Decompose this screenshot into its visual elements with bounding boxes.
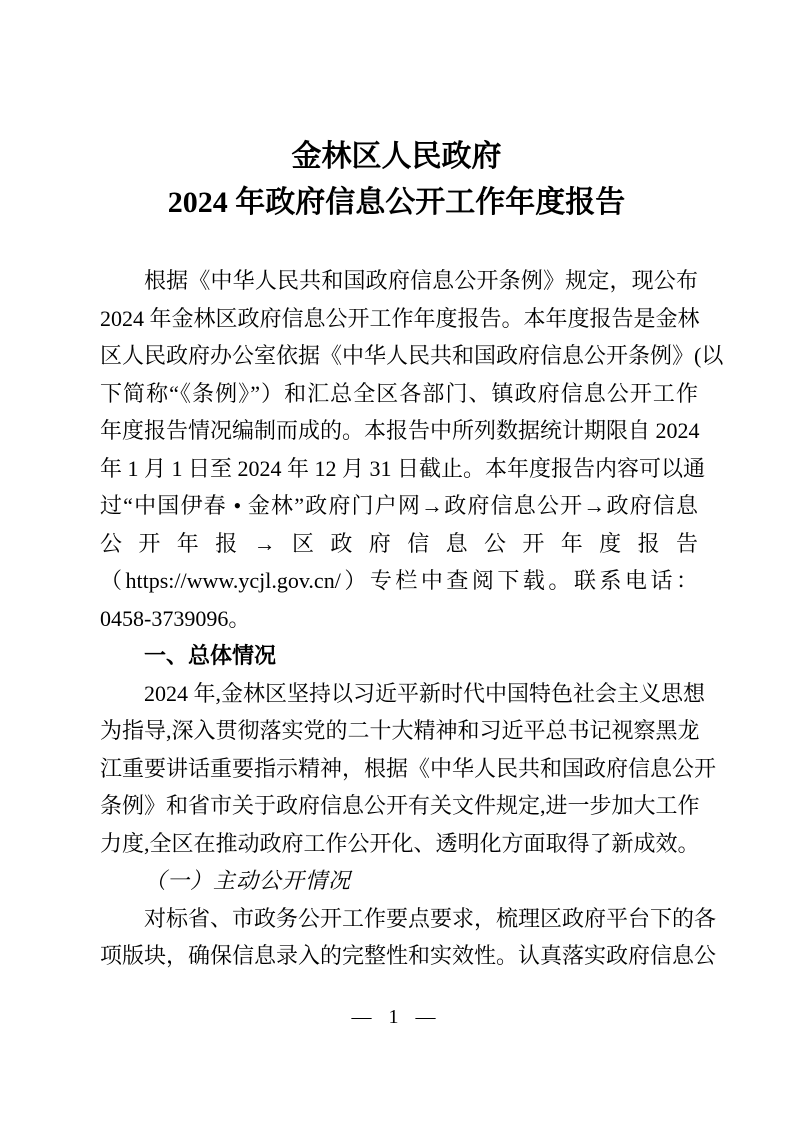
para1-line-1: 根据《中华人民共和国政府信息公开条例》规定，现公布 xyxy=(100,262,698,300)
para3-line-2: 项版块，确保信息录入的完整性和实效性。认真落实政府信息公 xyxy=(100,937,698,975)
para2-line-3: 江重要讲话重要指示精神，根据《中华人民共和国政府信息公开 xyxy=(100,750,698,788)
para1-line-2: 2024 年金林区政府信息公开工作年度报告。本年度报告是金林 xyxy=(100,300,698,338)
section-heading-overall: 一、总体情况 xyxy=(100,637,698,675)
para1-line-10: 0458-3739096。 xyxy=(100,600,698,638)
title-line-1: 金林区人民政府 xyxy=(0,134,793,180)
document-page: 金林区人民政府 2024 年政府信息公开工作年度报告 根据《中华人民共和国政府信… xyxy=(0,0,793,1122)
para2-line-5: 力度,全区在推动政府工作公开化、透明化方面取得了新成效。 xyxy=(100,825,698,863)
para1-line-3: 区人民政府办公室依据《中华人民共和国政府信息公开条例》(以 xyxy=(100,337,698,375)
page-number: — 1 — xyxy=(0,1002,793,1032)
section-heading-proactive-disclosure: （一）主动公开情况 xyxy=(100,862,698,900)
para1-line-6: 年 1 月 1 日至 2024 年 12 月 31 日截止。本年度报告内容可以通 xyxy=(100,450,698,488)
para1-line-7: 过“中国伊春 • 金林”政府门户网→政府信息公开→政府信息 xyxy=(100,487,698,525)
para2-line-1: 2024 年,金林区坚持以习近平新时代中国特色社会主义思想 xyxy=(100,675,698,713)
document-title: 金林区人民政府 2024 年政府信息公开工作年度报告 xyxy=(0,134,793,226)
para3-line-1: 对标省、市政务公开工作要点要求，梳理区政府平台下的各 xyxy=(100,900,698,938)
para2-line-4: 条例》和省市关于政府信息公开有关文件规定,进一步加大工作 xyxy=(100,787,698,825)
para1-line-5: 年度报告情况编制而成的。本报告中所列数据统计期限自 2024 xyxy=(100,412,698,450)
document-body: 根据《中华人民共和国政府信息公开条例》规定，现公布 2024 年金林区政府信息公… xyxy=(100,262,698,975)
para1-line-9: （https://www.ycjl.gov.cn/）专栏中查阅下载。联系电话： xyxy=(100,562,698,600)
title-line-2: 2024 年政府信息公开工作年度报告 xyxy=(0,180,793,226)
para2-line-2: 为指导,深入贯彻落实党的二十大精神和习近平总书记视察黑龙 xyxy=(100,712,698,750)
para1-line-4: 下简称“《条例》”）和汇总全区各部门、镇政府信息公开工作 xyxy=(100,375,698,413)
para1-line-8: 公开年报→区政府信息公开年度报告 xyxy=(100,525,698,563)
